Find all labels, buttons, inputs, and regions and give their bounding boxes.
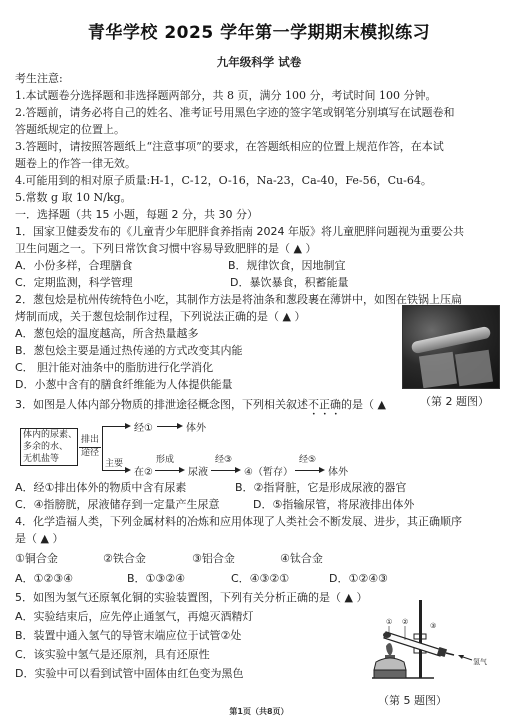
notice-heading: 考生注意: xyxy=(15,70,63,87)
q1-option-a: A．小份多样，合理膳食 xyxy=(15,257,133,274)
q2-figure-photo xyxy=(402,305,500,389)
q5-option-a: A．实验结束后，应先停止通氢气，再熄灭酒精灯 xyxy=(15,608,254,625)
q4-item-1: ①铜合金 xyxy=(15,550,58,567)
branch-top-end: 体外 xyxy=(186,419,206,434)
q2-option-b: B．葱包烩主要是通过热传递的方式改变其内能 xyxy=(15,342,243,359)
arrow-line xyxy=(155,470,181,471)
q3-stem: 3．如图是人体内部分物质的排泄途径概念图，下列相关叙述不正确的是（ ▲ xyxy=(15,396,386,418)
q1-option-c: C．定期监测，科学管理 xyxy=(15,274,133,291)
branch-top-step: 经① xyxy=(134,419,153,434)
svg-text:②: ② xyxy=(402,618,408,626)
branch-top-line xyxy=(102,426,127,427)
arrow-icon xyxy=(319,467,325,473)
q5-option-c: C．该实验中氢气是还原剂，具有还原性 xyxy=(15,646,210,663)
q1-option-b: B．规律饮食，因地制宜 xyxy=(228,257,346,274)
main-label: 主要 xyxy=(105,456,123,469)
exam-subtitle: 九年级科学 试卷 xyxy=(0,54,518,70)
q5-option-d: D．实验中可以看到试管中固体由红色变为黑色 xyxy=(15,665,243,682)
q5-option-b: B．装置中通入氢气的导管末端应位于试管②处 xyxy=(15,627,241,644)
arrow-icon xyxy=(125,423,131,429)
q1-stem-line1: 1．国家卫健委发布的《儿童青少年肥胖食养指南 2024 年版》将儿童肥胖问题视为… xyxy=(15,223,464,240)
q3-stem-before: 3．如图是人体内部分物质的排泄途径概念图，下列相关叙述 xyxy=(15,398,308,411)
pancake-shape xyxy=(455,350,493,386)
step-in-organ: 在② xyxy=(134,463,153,478)
arrow-line xyxy=(295,470,321,471)
q3-stem-emphasis: 不正确 xyxy=(308,398,341,411)
exam-page: 青华学校 2025 学年第一学期期末模拟练习 九年级科学 试卷 考生注意: 1.… xyxy=(0,0,518,725)
q1-option-d: D．暴饮暴食，积蓄能量 xyxy=(230,274,348,291)
route-top: 排出 xyxy=(79,434,101,447)
storage-label: ④（暂存） xyxy=(244,463,293,478)
q2-option-a: A．葱包烩的温度越高，所含热量越多 xyxy=(15,325,199,342)
form-label: 形成 xyxy=(156,452,174,465)
hydrogen-reduction-apparatus-icon: 氢气 ① ② ③ xyxy=(372,598,518,692)
q4-stem-line1: 4．化学造福人类，下列金属材料的冶炼和应用体现了人类社会不断发展、进步，其正确顺… xyxy=(15,513,462,530)
q4-item-3: ③铝合金 xyxy=(192,550,235,567)
exam-title: 青华学校 2025 学年第一学期期末模拟练习 xyxy=(0,18,518,43)
pancake-shape xyxy=(419,352,457,388)
q3-option-a: A．经①排出体外的物质中含有尿素 xyxy=(15,479,186,496)
source-line-3: 无机盐等 xyxy=(23,453,77,465)
source-line-1: 体内的尿素、 xyxy=(23,429,77,441)
arrow-icon xyxy=(179,467,185,473)
arrow-icon xyxy=(125,467,131,473)
svg-text:①: ① xyxy=(386,618,392,626)
q4-option-c: C．④③②① xyxy=(231,570,289,587)
urine-label: 尿液 xyxy=(188,463,208,478)
q5-apparatus-figure: 氢气 ① ② ③ xyxy=(372,598,518,692)
source-line-2: 多余的水、 xyxy=(23,441,77,453)
arrow-line xyxy=(211,470,237,471)
end-label: 体外 xyxy=(328,463,348,478)
source-box: 体内的尿素、 多余的水、 无机盐等 xyxy=(20,428,78,466)
svg-text:③: ③ xyxy=(430,622,436,630)
q4-option-b: B．①③②④ xyxy=(127,570,185,587)
notice-item-1: 1.本试题卷分选择题和非选择题两部分，共 8 页，满分 100 分，考试时间 1… xyxy=(15,87,436,104)
q3-excretion-diagram: 体内的尿素、 多余的水、 无机盐等 排出 途径 经① 体外 主要 在② 形成 尿… xyxy=(15,418,345,476)
q3-option-c: C．④指膀胱，尿液储存到一定量产生尿意 xyxy=(15,496,220,513)
q5-stem: 5．如图为氢气还原氧化铜的实验装置图，下列有关分析正确的是（ ▲ ） xyxy=(15,589,367,606)
q2-stem-line1: 2．葱包烩是杭州传统特色小吃，其制作方法是将油条和葱段裹在薄饼中，如图在铁锅上压… xyxy=(15,291,462,308)
route-bottom: 途径 xyxy=(79,447,101,460)
q4-stem-line2: 是（ ▲ ） xyxy=(15,530,63,547)
q3-option-d: D．⑤指输尿管，将尿液排出体外 xyxy=(253,496,414,513)
notice-item-5: 5.常数 g 取 10 N/kg。 xyxy=(15,189,132,206)
q3-option-b: B．②指肾脏，它是形成尿液的器官 xyxy=(235,479,406,496)
via3-label: 经③ xyxy=(215,452,232,465)
gas-label: 氢气 xyxy=(473,657,487,666)
arrow-icon xyxy=(235,467,241,473)
route-label: 排出 途径 xyxy=(79,434,101,460)
q2-option-c: C． 胆汁能对油条中的脂肪进行化学消化 xyxy=(15,359,213,376)
q2-stem-line2: 烤制而成，关于葱包烩制作过程，下列说法正确的是（ ▲ ） xyxy=(15,308,305,325)
q4-item-4: ④钛合金 xyxy=(280,550,323,567)
arrow-icon xyxy=(177,423,183,429)
page-footer: 第1页（共8页） xyxy=(0,706,518,717)
q2-option-d: D．小葱中含有的膳食纤维能为人体提供能量 xyxy=(15,376,232,393)
notice-item-4: 4.可能用到的相对原子质量:H-1，C-12，O-16，Na-23，Ca-40，… xyxy=(15,172,432,189)
branch-line xyxy=(102,426,103,470)
notice-item-3-cont: 题卷上的作答一律无效。 xyxy=(15,155,136,172)
q1-stem-line2: 卫生问题之一。下列日常饮食习惯中容易导致肥胖的是（ ▲ ） xyxy=(15,240,316,257)
notice-item-2: 2.答题前，请务必将自己的姓名、准考证号用黑色字迹的签字笔或钢笔分别填写在试题卷… xyxy=(15,104,455,121)
q4-item-2: ②铁合金 xyxy=(103,550,146,567)
q3-stem-after: 的是（ ▲ xyxy=(341,398,386,411)
section-heading: 一．选择题（共 15 小题，每题 2 分，共 30 分） xyxy=(15,206,258,223)
arrow-line xyxy=(157,426,179,427)
via5-label: 经⑤ xyxy=(299,452,316,465)
notice-item-2-cont: 答题纸规定的位置上。 xyxy=(15,121,125,138)
q4-option-a: A．①②③④ xyxy=(15,570,73,587)
q4-option-d: D．①②④③ xyxy=(329,570,388,587)
youtiao-shape xyxy=(411,326,492,354)
notice-item-3: 3.答题时，请按照答题纸上“注意事项”的要求，在答题纸相应的位置上规范作答，在本… xyxy=(15,138,444,155)
q2-figure-caption: （第 2 题图） xyxy=(420,393,489,409)
branch-bottom-line xyxy=(102,470,127,471)
